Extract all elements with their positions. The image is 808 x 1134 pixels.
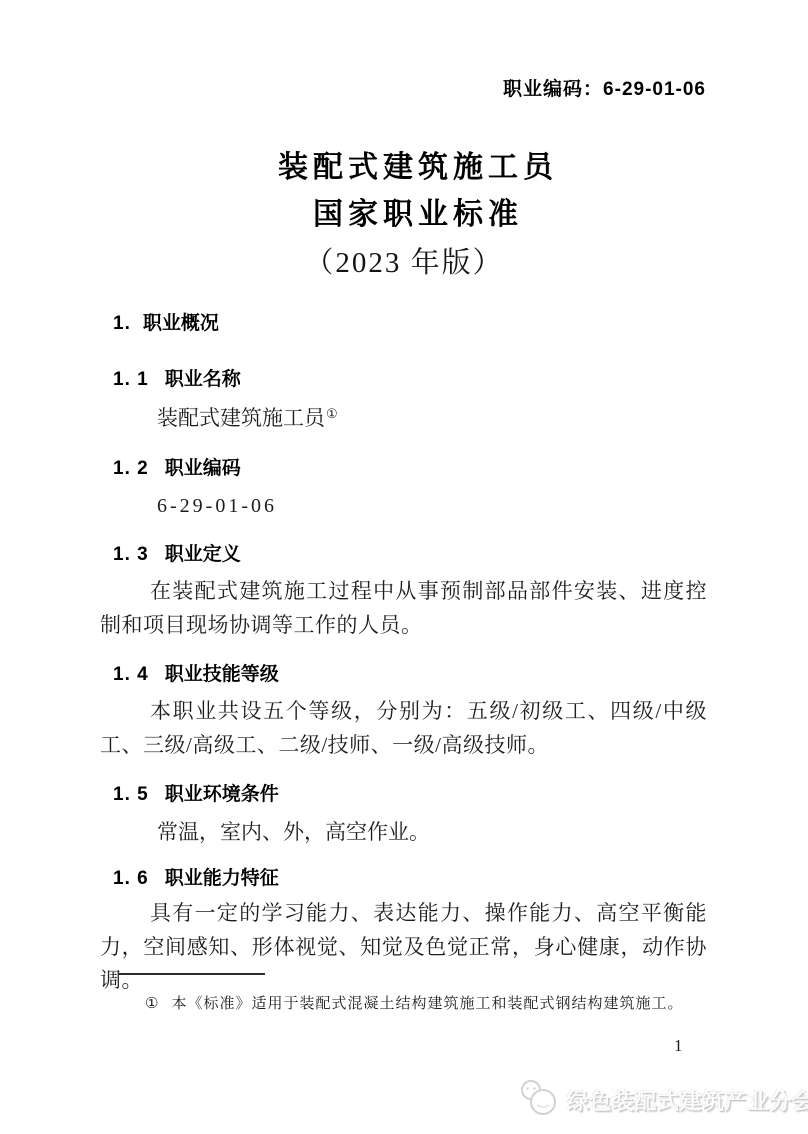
section-1-3-heading: 1. 3职业定义 [113, 539, 241, 566]
section-1-1-heading: 1. 1职业名称 [113, 364, 241, 391]
document-title-line2: 国家职业标准 [28, 189, 808, 233]
chapter-heading: 1.职业概况 [113, 308, 219, 335]
footnote-reference-mark: ① [326, 406, 338, 421]
footnote: ①本《标准》适用于装配式混凝土结构建筑施工和装配式钢结构建筑施工。 [145, 992, 683, 1013]
section-1-4-heading: 1. 4职业技能等级 [113, 659, 279, 686]
page-number: 1 [674, 1036, 683, 1056]
watermark: 绿色装配式建筑产业分会 [516, 1078, 808, 1123]
section-1-2-number: 1. 2 [113, 458, 149, 479]
chapter-title: 职业概况 [143, 313, 219, 334]
section-1-1-number: 1. 1 [113, 369, 149, 390]
document-page: 职业编码：6-29-01-06 装配式建筑施工员 国家职业标准 （2023 年版… [0, 0, 808, 1134]
document-title-line1: 装配式建筑施工员 [28, 142, 808, 186]
section-1-6-title: 职业能力特征 [165, 868, 279, 889]
section-1-1-title: 职业名称 [165, 369, 241, 390]
section-1-2-title: 职业编码 [165, 458, 241, 479]
section-1-5-body: 常温，室内、外，高空作业。 [157, 816, 430, 846]
section-1-3-body: 在装配式建筑施工过程中从事预制部品部件安装、进度控制和项目现场协调等工作的人员。 [100, 575, 707, 642]
section-1-3-number: 1. 3 [113, 544, 149, 565]
section-1-2-heading: 1. 2职业编码 [113, 453, 241, 480]
section-1-6-number: 1. 6 [113, 868, 149, 889]
section-1-3-title: 职业定义 [165, 544, 241, 565]
footnote-separator-rule [118, 973, 265, 975]
occupation-code-header: 职业编码：6-29-01-06 [0, 74, 706, 101]
section-1-2-body: 6-29-01-06 [157, 495, 277, 518]
section-1-4-title: 职业技能等级 [165, 664, 279, 685]
edition-line: （2023 年版） [0, 240, 808, 281]
footnote-marker: ① [145, 996, 159, 1012]
section-1-5-title: 职业环境条件 [165, 784, 279, 805]
association-logo-icon [516, 1078, 562, 1123]
section-1-5-number: 1. 5 [113, 784, 149, 805]
footnote-text: 本《标准》适用于装配式混凝土结构建筑施工和装配式钢结构建筑施工。 [171, 996, 683, 1012]
section-1-5-heading: 1. 5职业环境条件 [113, 779, 279, 806]
watermark-text: 绿色装配式建筑产业分会 [567, 1085, 808, 1116]
section-1-4-body: 本职业共设五个等级，分别为：五级/初级工、四级/中级工、三级/高级工、二级/技师… [100, 695, 707, 762]
section-1-4-number: 1. 4 [113, 664, 149, 685]
section-1-6-body: 具有一定的学习能力、表达能力、操作能力、高空平衡能力，空间感知、形体视觉、知觉及… [100, 897, 707, 998]
section-1-6-heading: 1. 6职业能力特征 [113, 863, 279, 890]
section-1-1-body: 装配式建筑施工员① [157, 402, 338, 432]
occupation-name-text: 装配式建筑施工员 [157, 406, 325, 430]
chapter-number: 1. [113, 313, 131, 334]
